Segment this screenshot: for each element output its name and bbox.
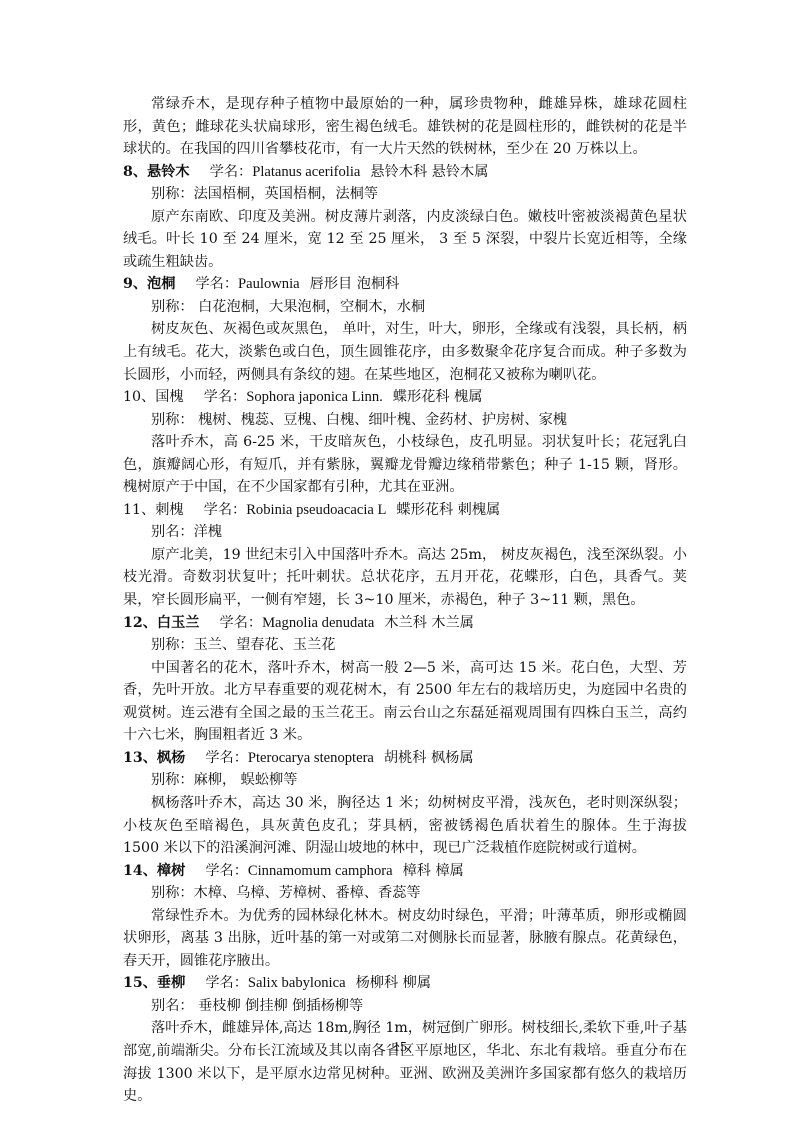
entry-number-name: 12、白玉兰 (123, 615, 200, 631)
entry-alias: 别名：洋槐 (123, 521, 687, 544)
entry-number-name: 15、垂柳 (123, 975, 185, 991)
entry-number-name: 11、刺槐 (123, 502, 184, 518)
entry-description: 树皮灰色、灰褐色或灰黑色， 单叶，对生，叶大，卵形，全缘或有浅裂，具长柄，柄上有… (123, 318, 687, 386)
entry-alias: 别名： 垂枝柳 倒挂柳 倒插杨柳等 (123, 995, 687, 1018)
scientific-name: Cinnamomum camphora (248, 863, 393, 879)
entry-heading: 14、樟树学名：Cinnamomum camphora樟科 樟属 (123, 860, 687, 883)
taxonomy-family-genus: 杨柳科 柳属 (356, 975, 431, 991)
scientific-name: Sophora japonica Linn. (246, 389, 383, 405)
scientific-name: Salix babylonica (248, 975, 346, 991)
tree-entry: 11、刺槐学名：Robinia pseudoacacia L蝶形花科 刺槐属 别… (123, 499, 687, 612)
entry-heading: 12、白玉兰学名：Magnolia denudata木兰科 木兰属 (123, 612, 687, 635)
scientific-name: Platanus acerifolia (252, 164, 360, 180)
tree-entry: 9、泡桐学名：Paulownia唇形目 泡桐科 别称： 白花泡桐，大果泡桐，空桐… (123, 273, 687, 386)
entry-heading: 15、垂柳学名：Salix babylonica杨柳科 柳属 (123, 972, 687, 995)
scientific-name-label: 学名： (204, 502, 247, 518)
scientific-name: Magnolia denudata (262, 615, 374, 631)
scientific-name-label: 学名： (205, 750, 248, 766)
taxonomy-family-genus: 胡桃科 枫杨属 (384, 750, 474, 766)
entry-alias: 别称：麻柳， 蜈蚣柳等 (123, 769, 687, 792)
entry-description: 落叶乔木，雌雄异体,高达 18m,胸径 1m，树冠倒广卵形。树枝细长,柔软下垂,… (123, 1017, 687, 1107)
entry-alias: 别称：法国梧桐，英国梧桐，法桐等 (123, 183, 687, 206)
tree-entry: 8、悬铃木学名：Platanus acerifolia悬铃木科 悬铃木属 别称：… (123, 161, 687, 274)
tree-entry: 10、国槐学名：Sophora japonica Linn.蝶形花科 槐属 别称… (123, 386, 687, 499)
intro-paragraph: 常绿乔木，是现存种子植物中最原始的一种，属珍贵物种，雌雄异株，雄球花圆柱形，黄色… (123, 93, 687, 161)
tree-entry: 12、白玉兰学名：Magnolia denudata木兰科 木兰属 别称：玉兰、… (123, 612, 687, 747)
scientific-name: Pterocarya stenoptera (248, 750, 374, 766)
entry-description: 原产北美，19 世纪末引入中国落叶乔木。高达 25m， 树皮灰褐色，浅至深纵裂。… (123, 544, 687, 612)
tree-entry: 14、樟树学名：Cinnamomum camphora樟科 樟属 别称：木樟、乌… (123, 860, 687, 973)
entry-heading: 8、悬铃木学名：Platanus acerifolia悬铃木科 悬铃木属 (123, 161, 687, 184)
entry-number-name: 14、樟树 (123, 863, 185, 879)
entry-description: 落叶乔木，高 6-25 米，干皮暗灰色，小枝绿色，皮孔明显。羽状复叶长；花冠乳白… (123, 431, 687, 499)
taxonomy-family-genus: 蝶形花科 槐属 (393, 389, 483, 405)
entry-alias: 别称： 白花泡桐，大果泡桐，空桐木，水桐 (123, 296, 687, 319)
entry-number-name: 9、泡桐 (123, 276, 175, 292)
entry-heading: 13、枫杨学名：Pterocarya stenoptera胡桃科 枫杨属 (123, 747, 687, 770)
entry-heading: 10、国槐学名：Sophora japonica Linn.蝶形花科 槐属 (123, 386, 687, 409)
entry-description: 中国著名的花木，落叶乔木，树高一般 2—5 米，高可达 15 米。花白色，大型、… (123, 657, 687, 747)
taxonomy-family-genus: 悬铃木科 悬铃木属 (370, 164, 488, 180)
scientific-name-label: 学名： (195, 276, 238, 292)
taxonomy-family-genus: 木兰科 木兰属 (384, 615, 474, 631)
scientific-name-label: 学名： (210, 164, 253, 180)
scientific-name-label: 学名： (204, 389, 247, 405)
scientific-name: Paulownia (238, 276, 300, 292)
scientific-name-label: 学名： (220, 615, 263, 631)
page-number: 15 (0, 1040, 800, 1056)
scientific-name: Robinia pseudoacacia L (246, 502, 386, 518)
taxonomy-family-genus: 蝶形花科 刺槐属 (396, 502, 500, 518)
entry-description: 原产东南欧、印度及美洲。树皮薄片剥落，内皮淡绿白色。嫩枝叶密被淡褐黄色星状绒毛。… (123, 206, 687, 274)
entry-number-name: 10、国槐 (123, 389, 184, 405)
entry-alias: 别称： 槐树、槐蕊、豆槐、白槐、细叶槐、金药材、护房树、家槐 (123, 409, 687, 432)
scientific-name-label: 学名： (205, 863, 248, 879)
entry-alias: 别称：木樟、乌樟、芳樟树、番樟、香蕊等 (123, 882, 687, 905)
tree-entry: 13、枫杨学名：Pterocarya stenoptera胡桃科 枫杨属 别称：… (123, 747, 687, 860)
scientific-name-label: 学名： (205, 975, 248, 991)
taxonomy-family-genus: 唇形目 泡桐科 (310, 276, 400, 292)
entry-number-name: 13、枫杨 (123, 750, 185, 766)
entry-heading: 9、泡桐学名：Paulownia唇形目 泡桐科 (123, 273, 687, 296)
entry-heading: 11、刺槐学名：Robinia pseudoacacia L蝶形花科 刺槐属 (123, 499, 687, 522)
taxonomy-family-genus: 樟科 樟属 (403, 863, 464, 879)
document-page: 常绿乔木，是现存种子植物中最原始的一种，属珍贵物种，雌雄异株，雄球花圆柱形，黄色… (123, 93, 687, 1108)
entry-alias: 别称：玉兰、望春花、玉兰花 (123, 634, 687, 657)
entry-description: 常绿性乔木。为优秀的园林绿化林木。树皮幼时绿色，平滑；叶薄革质，卵形或椭圆状卵形… (123, 905, 687, 973)
entry-number-name: 8、悬铃木 (123, 164, 190, 180)
tree-entries-list: 8、悬铃木学名：Platanus acerifolia悬铃木科 悬铃木属 别称：… (123, 161, 687, 1108)
entry-description: 枫杨落叶乔木，高达 30 米，胸径达 1 米；幼树树皮平滑，浅灰色，老时则深纵裂… (123, 792, 687, 860)
